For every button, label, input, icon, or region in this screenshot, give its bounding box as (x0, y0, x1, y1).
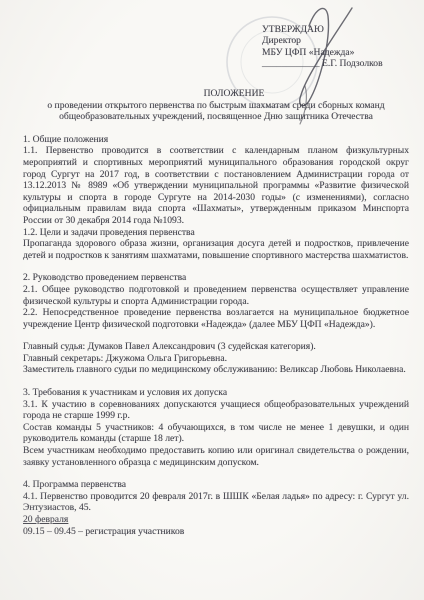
section-heading-program: 4. Программа первенства (23, 479, 409, 491)
approval-block: УТВЕРЖДАЮ Директор МБУ ЦФП «Надежда» ___… (262, 24, 383, 70)
chief-secretary-line: Главный секретарь: Джужома Ольга Григорь… (23, 353, 409, 365)
documents-required-paragraph: Всем участникам необходимо предоставить … (23, 445, 409, 468)
chief-referee-line: Главный судья: Думаков Павел Александров… (23, 341, 409, 353)
medical-deputy-line: Заместитель главного судьи по медицинско… (23, 364, 409, 376)
signer-name: Е.Г. Подзолков (322, 58, 383, 69)
paragraph-2-1: 2.1. Общее руководство подготовкой и про… (23, 284, 409, 307)
section-heading-management: 2. Руководство проведением первенства (23, 272, 409, 284)
paragraph-3-1: 3.1. К участию в соревнованиях допускают… (23, 399, 409, 422)
paragraph-1-1: 1.1. Первенство проводится в соответстви… (23, 145, 409, 226)
signature-line: ____________ (262, 58, 320, 69)
document-page: УТВЕРЖДАЮ Директор МБУ ЦФП «Надежда» ___… (0, 0, 424, 600)
paragraph-1-2-goals: 1.2. Цели и задачи проведения первенства (23, 227, 195, 238)
team-composition-paragraph: Состав команды 5 участников: 4 обучающих… (23, 422, 409, 445)
paragraph-goals-text: Пропаганда здорового образа жизни, орган… (23, 238, 409, 261)
approval-word: УТВЕРЖДАЮ (262, 24, 383, 35)
document-subtitle: о проведении открытого первенства по быс… (27, 100, 405, 123)
document-title: ПОЛОЖЕНИЕ (41, 88, 424, 100)
paragraph-4-1: 4.1. Первенство проводится 20 февраля 20… (23, 491, 409, 514)
registration-time-line: 09.15 – 09.45 – регистрация участников (23, 526, 409, 538)
section-heading-general: 1. Общие положения (23, 134, 409, 146)
paragraph-2-2: 2.2. Непосредственное проведение первенс… (23, 307, 409, 330)
document-body: ПОЛОЖЕНИЕ о проведении открытого первенс… (23, 88, 409, 537)
schedule-date-label: 20 февраля (23, 514, 68, 525)
approver-position: Директор (262, 35, 383, 46)
section-heading-participants: 3. Требования к участникам и условия их … (23, 387, 409, 399)
approver-organization: МБУ ЦФП «Надежда» (262, 47, 383, 58)
signature-row: ____________ Е.Г. Подзолков (262, 58, 383, 69)
